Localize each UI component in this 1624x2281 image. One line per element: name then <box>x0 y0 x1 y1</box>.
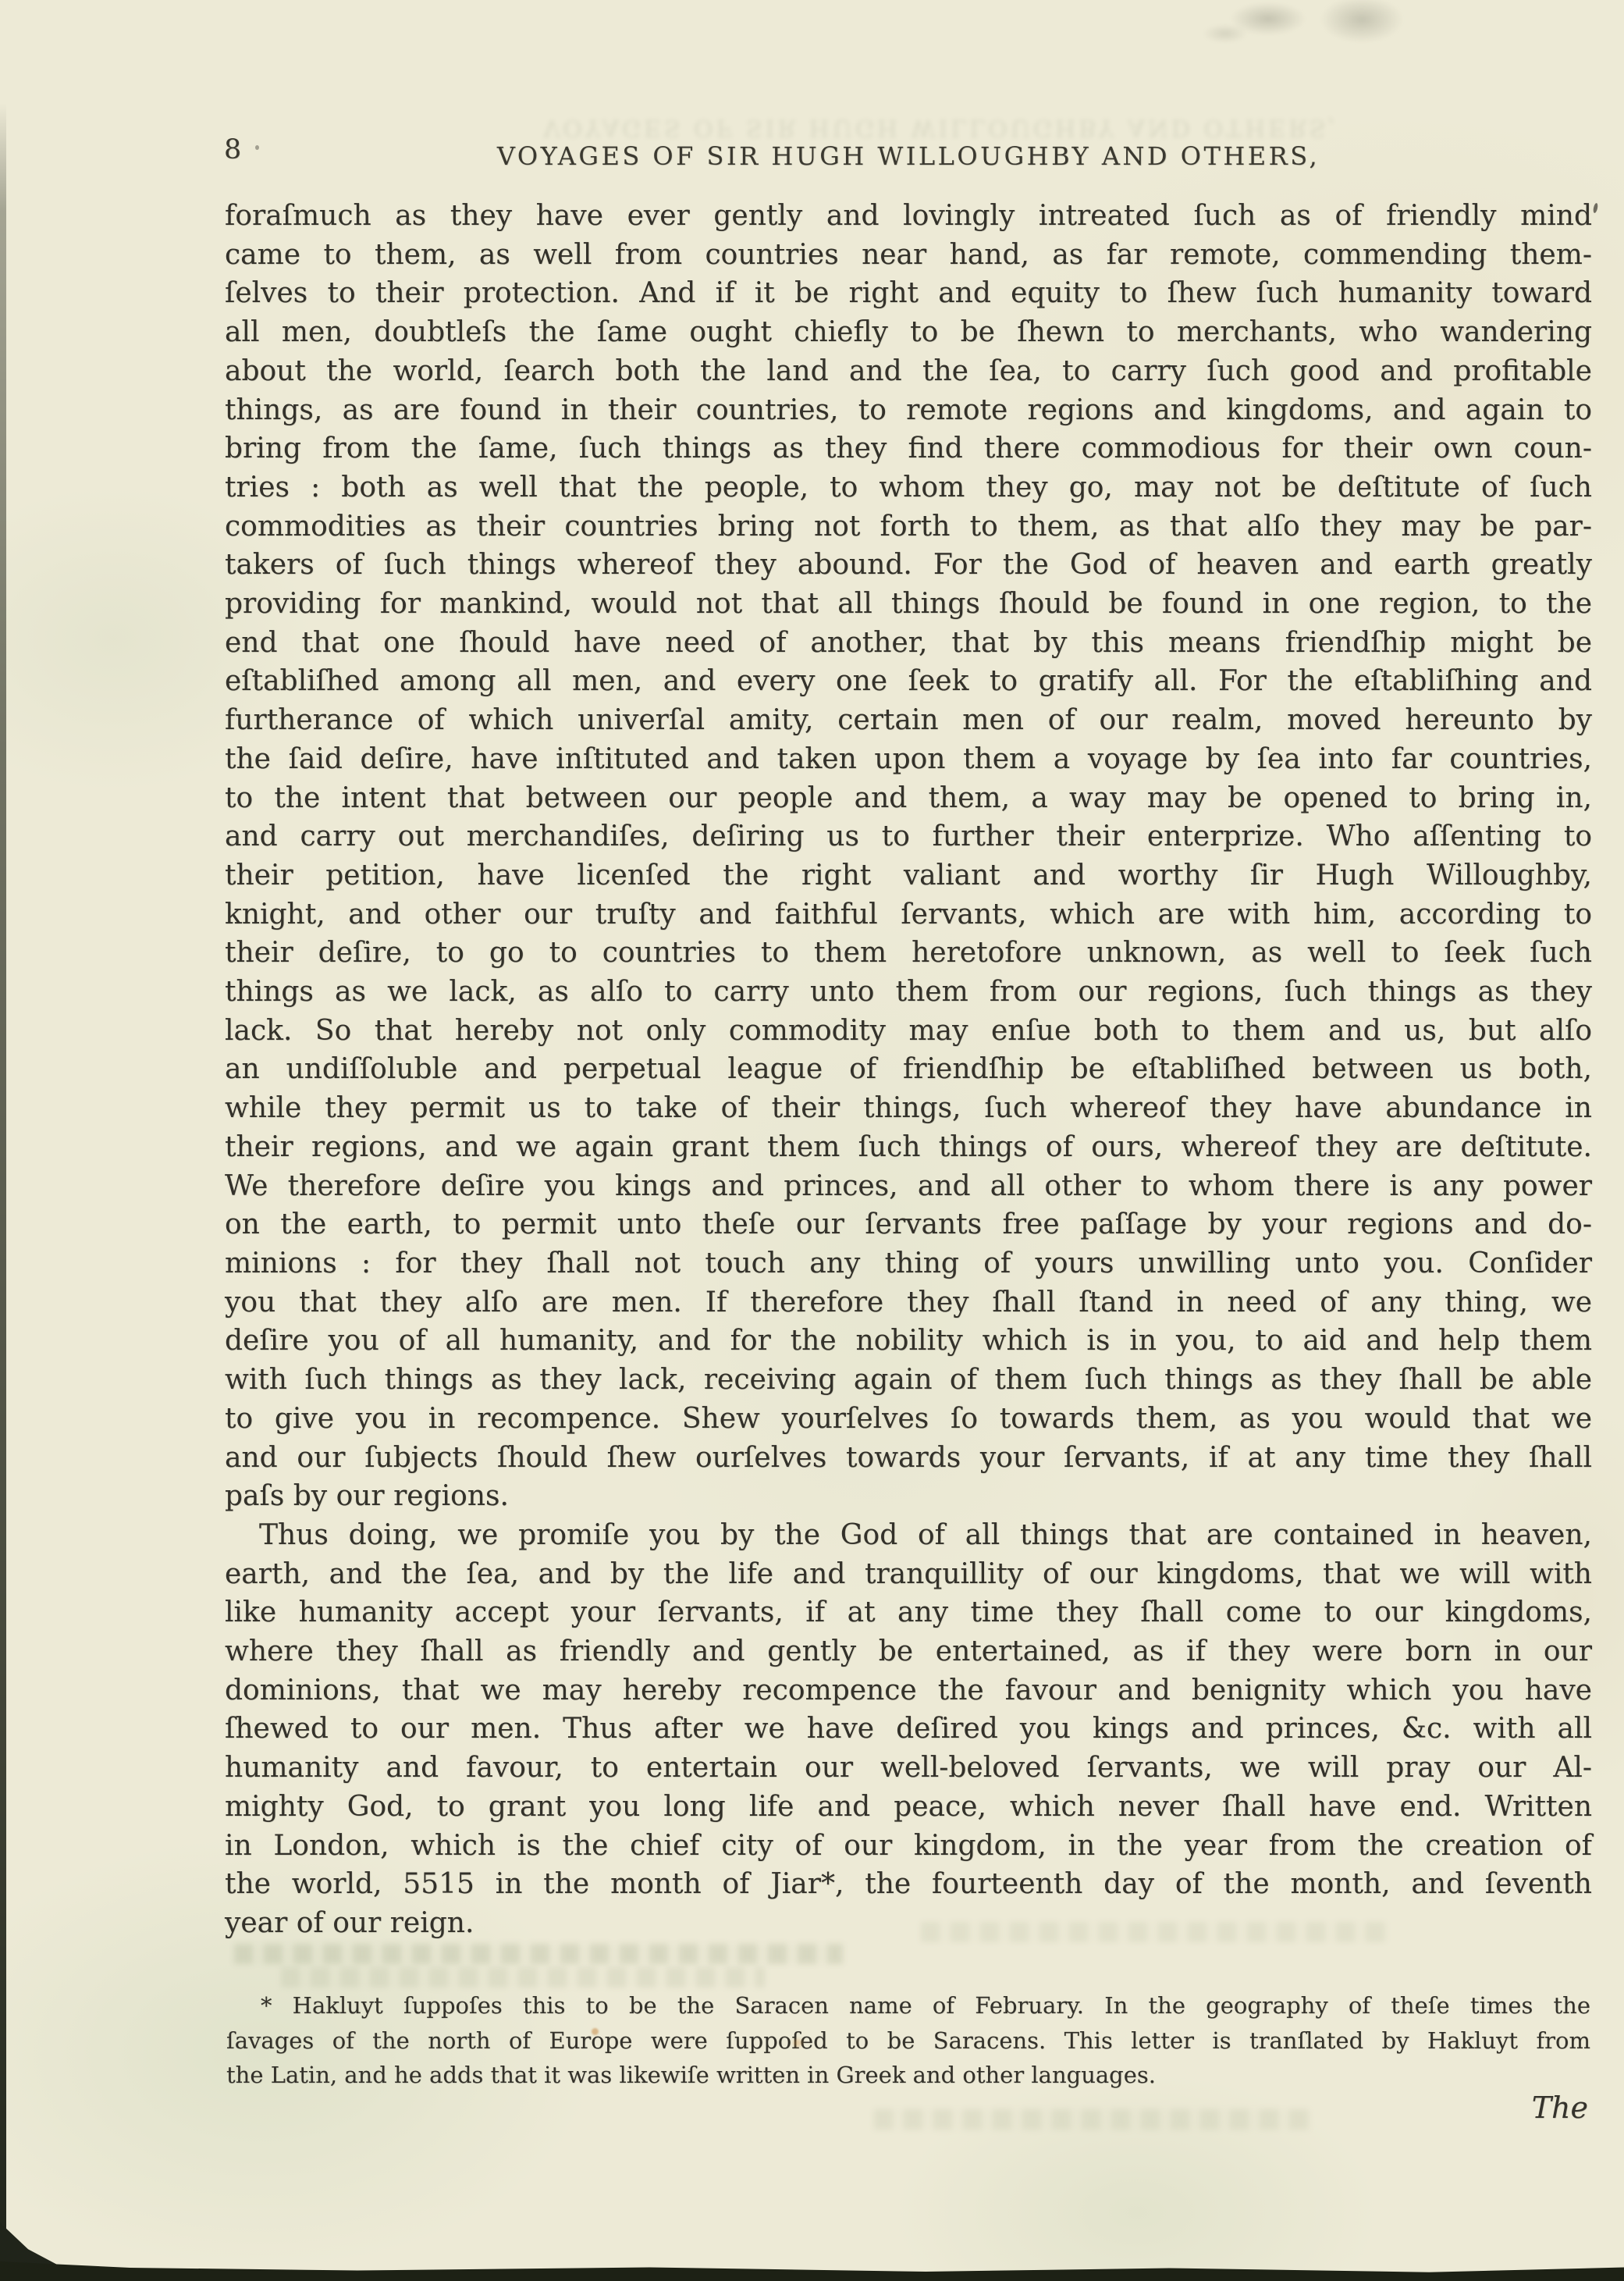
text-line: providing for mankind, would not that al… <box>225 585 1592 624</box>
ink-speck <box>1593 203 1599 214</box>
text-line: takers of ſuch things whereof they aboun… <box>225 546 1592 585</box>
text-line: their regions, and we again grant them ſ… <box>225 1128 1592 1167</box>
paper-smudge <box>1202 23 1249 44</box>
text-line: ſhewed to our men. Thus after we have de… <box>225 1710 1592 1749</box>
paper-smudge <box>1319 0 1405 44</box>
text-line: came to them, as well from countries nea… <box>225 236 1592 275</box>
paper-stain <box>793 2039 802 2047</box>
text-line: things as we lack, as alſo to carry unto… <box>225 973 1592 1012</box>
bleedthrough-mark <box>921 1922 1389 1942</box>
text-line: their petition, have licenſed the right … <box>225 856 1592 895</box>
main-text: foraſmuch as they have ever gently and l… <box>225 197 1592 1943</box>
scan-edge-bottom <box>0 2261 1624 2281</box>
text-line: deſire you of all humanity, and for the … <box>225 1322 1592 1361</box>
text-line: about the world, ſearch both the land an… <box>225 352 1592 391</box>
text-line: minions : for they ſhall not touch any t… <box>225 1244 1592 1283</box>
ink-speck <box>255 145 259 150</box>
text-line: you that they alſo are men. If therefore… <box>225 1283 1592 1322</box>
paper-stain <box>592 2028 599 2035</box>
text-line: ſelves to their protection. And if it be… <box>225 274 1592 313</box>
text-line: an undiſſoluble and perpetual league of … <box>225 1050 1592 1089</box>
text-line: lack. So that hereby not only commodity … <box>225 1012 1592 1051</box>
text-line: Thus doing, we promiſe you by the God of… <box>225 1516 1592 1555</box>
text-line: and our ſubjects ſhould ſhew ourſelves t… <box>225 1439 1592 1478</box>
running-title: VOYAGES OF SIR HUGH WILLOUGHBY AND OTHER… <box>225 141 1592 171</box>
text-line: foraſmuch as they have ever gently and l… <box>225 197 1592 236</box>
text-line: their deſire, to go to countries to them… <box>225 934 1592 973</box>
text-line: with ſuch things as they lack, receiving… <box>225 1361 1592 1400</box>
text-line: mighty God, to grant you long life and p… <box>225 1788 1592 1827</box>
text-line: paſs by our regions. <box>225 1477 1592 1516</box>
text-line: to the intent that between our people an… <box>225 779 1592 818</box>
text-line: end that one ſhould have need of another… <box>225 624 1592 663</box>
text-line: knight, and other our truſty and faithfu… <box>225 895 1592 934</box>
text-line: humanity and favour, to entertain our we… <box>225 1749 1592 1788</box>
text-line: to give you in recompence. Shew yourſelv… <box>225 1400 1592 1439</box>
footnote: * Hakluyt ſuppoſes this to be the Sarace… <box>226 1988 1590 2093</box>
text-line: in London, which is the chief city of ou… <box>225 1827 1592 1866</box>
text-line: things, as are found in their countries,… <box>225 391 1592 430</box>
bleedthrough-mark <box>234 1944 843 1964</box>
text-line: earth, and the ſea, and by the life and … <box>225 1555 1592 1594</box>
bleedthrough-mark <box>874 2109 1311 2130</box>
text-line: commodities as their countries bring not… <box>225 507 1592 546</box>
bleedthrough-mark <box>281 1967 765 1987</box>
book-page-scan: VOYAGES OF SIR HUGH WILLOUGHBY AND OTHER… <box>0 0 1624 2281</box>
text-line: where they ſhall as friendly and gently … <box>225 1632 1592 1671</box>
text-line: eſtabliſhed among all men, and every one… <box>225 662 1592 701</box>
text-line: * Hakluyt ſuppoſes this to be the Sarace… <box>226 1988 1590 2023</box>
text-line: furtherance of which univerſal amity, ce… <box>225 701 1592 740</box>
text-line: bring from the ſame, ſuch things as they… <box>225 429 1592 468</box>
scan-edge-left <box>0 103 6 2267</box>
text-line: like humanity accept your ſervants, if a… <box>225 1593 1592 1632</box>
text-line: the Latin, and he adds that it was likew… <box>226 2058 1590 2093</box>
text-line: tries : both as well that the people, to… <box>225 468 1592 507</box>
text-line: ſavages of the north of Europe were ſupp… <box>226 2023 1590 2059</box>
text-line: on the earth, to permit unto theſe our ſ… <box>225 1205 1592 1244</box>
text-line: dominions, that we may hereby recompence… <box>225 1671 1592 1710</box>
paragraph-letter-closing: Thus doing, we promiſe you by the God of… <box>225 1516 1592 1943</box>
text-line: We therefore deſire you kings and prince… <box>225 1167 1592 1206</box>
running-title-bleedthrough: VOYAGES OF SIR HUGH WILLOUGHBY AND OTHER… <box>258 114 1624 141</box>
text-line: all men, doubtleſs the ſame ought chiefl… <box>225 313 1592 352</box>
paragraph-letter-body: foraſmuch as they have ever gently and l… <box>225 197 1592 1516</box>
text-line: the ſaid deſire, have inſtituted and tak… <box>225 740 1592 779</box>
text-line: and carry out merchandiſes, deſiring us … <box>225 817 1592 856</box>
text-line: while they permit us to take of their th… <box>225 1089 1592 1128</box>
text-line: the world, 5515 in the month of Jiar*, t… <box>225 1865 1592 1904</box>
catchword: The <box>1532 2091 1588 2125</box>
